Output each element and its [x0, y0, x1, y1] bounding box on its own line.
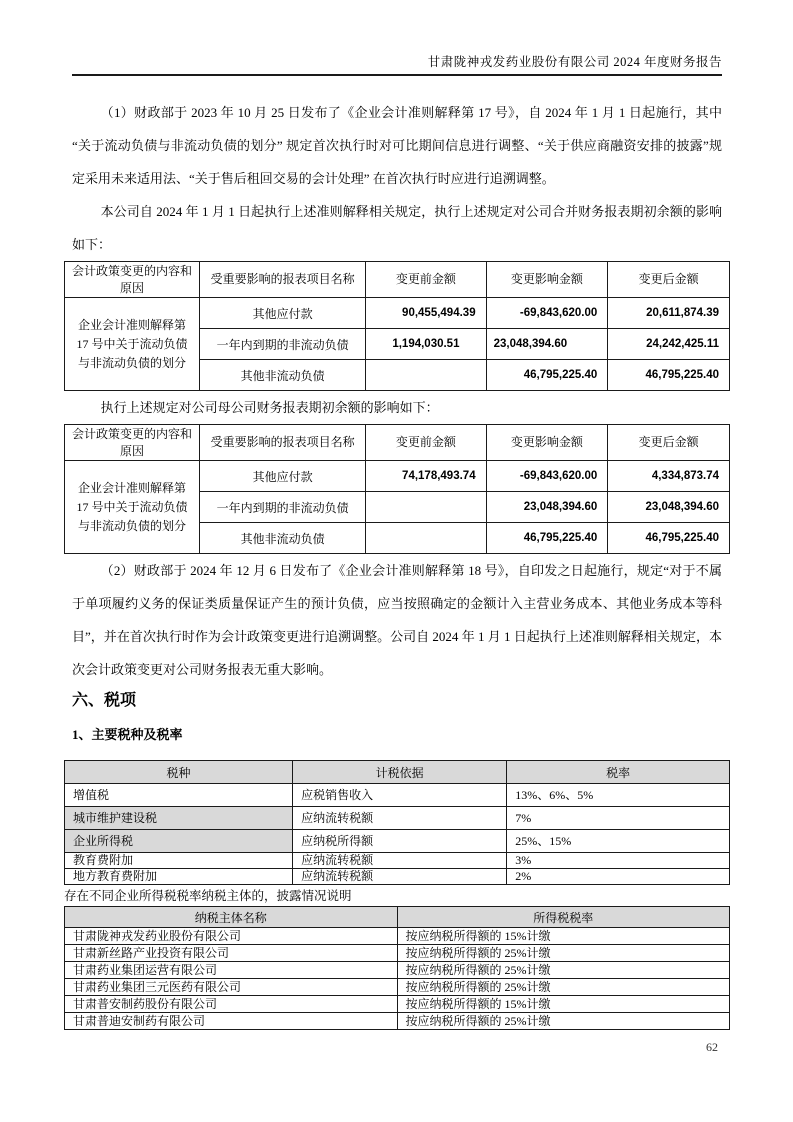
parent-impact-intro: 执行上述规定对公司母公司财务报表期初余额的影响如下： [72, 391, 722, 424]
col-header-change-reason: 会计政策变更的内容和原因 [65, 425, 200, 461]
cell-income-tax-rate: 按应纳税所得额的 25%计缴 [397, 1013, 730, 1030]
table-row: 企业会计准则解释第 17 号中关于流动负债与非流动负债的划分 其他应付款 74,… [65, 461, 730, 492]
page-content: 甘肃陇神戎发药业股份有限公司 2024 年度财务报告 （1）财政部于 2023 … [0, 0, 793, 1030]
cell-income-tax-rate: 按应纳税所得额的 15%计缴 [397, 996, 730, 1013]
cell-before-amount [366, 492, 486, 523]
cell-tax-type: 城市维护建设税 [65, 807, 293, 830]
table-header-row: 会计政策变更的内容和原因 受重要影响的报表项目名称 变更前金额 变更影响金额 变… [65, 262, 730, 298]
cell-item: 其他非流动负债 [199, 360, 365, 391]
table-row: 甘肃药业集团三元医药有限公司 按应纳税所得额的 25%计缴 [65, 979, 730, 996]
cell-change-reason: 企业会计准则解释第 17 号中关于流动负债与非流动负债的划分 [65, 461, 200, 554]
cell-taxpayer-name: 甘肃药业集团三元医药有限公司 [65, 979, 398, 996]
taxpayer-table-wrap: 纳税主体名称 所得税税率 甘肃陇神戎发药业股份有限公司 按应纳税所得额的 15%… [64, 906, 730, 1030]
col-header-before-amount: 变更前金额 [366, 425, 486, 461]
parent-impact-table-wrap: 会计政策变更的内容和原因 受重要影响的报表项目名称 变更前金额 变更影响金额 变… [64, 424, 730, 554]
col-header-tax-rate: 税率 [507, 761, 730, 784]
subsection-heading-main-tax-rates: 1、主要税种及税率 [72, 726, 722, 744]
cell-item: 其他应付款 [199, 461, 365, 492]
cell-taxpayer-name: 甘肃普安制药股份有限公司 [65, 996, 398, 1013]
col-header-before-amount: 变更前金额 [366, 262, 486, 298]
cell-income-tax-rate: 按应纳税所得额的 25%计缴 [397, 962, 730, 979]
report-page: 甘肃陇神戎发药业股份有限公司 2024 年度财务报告 （1）财政部于 2023 … [0, 0, 793, 1122]
cell-taxpayer-name: 甘肃新丝路产业投资有限公司 [65, 945, 398, 962]
cell-after-amount: 46,795,225.40 [608, 360, 730, 391]
col-header-after-amount: 变更后金额 [608, 262, 730, 298]
cell-tax-rate: 3% [507, 853, 730, 869]
cell-income-tax-rate: 按应纳税所得额的 25%计缴 [397, 945, 730, 962]
cell-before-amount [366, 360, 486, 391]
col-header-affected-item: 受重要影响的报表项目名称 [199, 262, 365, 298]
consolidated-impact-intro: 本公司自 2024 年 1 月 1 日起执行上述准则解释相关规定，执行上述规定对… [72, 195, 722, 261]
cell-taxpayer-name: 甘肃普迪安制药有限公司 [65, 1013, 398, 1030]
cell-tax-basis: 应纳流转税额 [293, 853, 507, 869]
cell-item: 一年内到期的非流动负债 [199, 329, 365, 360]
cell-income-tax-rate: 按应纳税所得额的 25%计缴 [397, 979, 730, 996]
table-row: 企业所得税 应纳税所得额 25%、15% [65, 830, 730, 853]
cell-impact-amount: -69,843,620.00 [486, 461, 608, 492]
cell-impact-amount: 23,048,394.60 [486, 329, 608, 360]
table-row: 甘肃新丝路产业投资有限公司 按应纳税所得额的 25%计缴 [65, 945, 730, 962]
cell-after-amount: 23,048,394.60 [608, 492, 730, 523]
cell-tax-basis: 应纳流转税额 [293, 869, 507, 885]
col-header-tax-basis: 计税依据 [293, 761, 507, 784]
table-row: 城市维护建设税 应纳流转税额 7% [65, 807, 730, 830]
cell-tax-type: 增值税 [65, 784, 293, 807]
cell-impact-amount: 46,795,225.40 [486, 523, 608, 554]
col-header-taxpayer-name: 纳税主体名称 [65, 907, 398, 928]
cell-income-tax-rate: 按应纳税所得额的 15%计缴 [397, 928, 730, 945]
consolidated-impact-table: 会计政策变更的内容和原因 受重要影响的报表项目名称 变更前金额 变更影响金额 变… [64, 261, 730, 391]
cell-before-amount: 1,194,030.51 [366, 329, 486, 360]
table-row: 甘肃普迪安制药有限公司 按应纳税所得额的 25%计缴 [65, 1013, 730, 1030]
col-header-tax-type: 税种 [65, 761, 293, 784]
col-header-change-reason: 会计政策变更的内容和原因 [65, 262, 200, 298]
cell-tax-basis: 应税销售收入 [293, 784, 507, 807]
running-header-title: 甘肃陇神戎发药业股份有限公司 2024 年度财务报告 [72, 54, 722, 76]
section-heading-taxes: 六、税项 [72, 690, 722, 712]
cell-tax-rate: 25%、15% [507, 830, 730, 853]
table-header-row: 税种 计税依据 税率 [65, 761, 730, 784]
cell-impact-amount: 46,795,225.40 [486, 360, 608, 391]
cell-before-amount: 90,455,494.39 [366, 298, 486, 329]
paragraph-policy-change-2: （2）财政部于 2024 年 12 月 6 日发布了《企业会计准则解释第 18 … [72, 554, 722, 686]
table-row: 企业会计准则解释第 17 号中关于流动负债与非流动负债的划分 其他应付款 90,… [65, 298, 730, 329]
cell-after-amount: 20,611,874.39 [608, 298, 730, 329]
col-header-impact-amount: 变更影响金额 [486, 262, 608, 298]
different-tax-rate-note: 存在不同企业所得税税率纳税主体的，披露情况说明 [64, 888, 730, 905]
cell-tax-type: 教育费附加 [65, 853, 293, 869]
table-row: 甘肃药业集团运营有限公司 按应纳税所得额的 25%计缴 [65, 962, 730, 979]
cell-tax-basis: 应纳流转税额 [293, 807, 507, 830]
cell-change-reason: 企业会计准则解释第 17 号中关于流动负债与非流动负债的划分 [65, 298, 200, 391]
cell-item: 其他应付款 [199, 298, 365, 329]
col-header-after-amount: 变更后金额 [608, 425, 730, 461]
table-header-row: 纳税主体名称 所得税税率 [65, 907, 730, 928]
cell-after-amount: 4,334,873.74 [608, 461, 730, 492]
cell-tax-rate: 2% [507, 869, 730, 885]
page-number: 62 [706, 1040, 718, 1055]
cell-impact-amount: -69,843,620.00 [486, 298, 608, 329]
cell-taxpayer-name: 甘肃陇神戎发药业股份有限公司 [65, 928, 398, 945]
parent-impact-table: 会计政策变更的内容和原因 受重要影响的报表项目名称 变更前金额 变更影响金额 变… [64, 424, 730, 554]
cell-impact-amount: 23,048,394.60 [486, 492, 608, 523]
cell-taxpayer-name: 甘肃药业集团运营有限公司 [65, 962, 398, 979]
col-header-income-tax-rate: 所得税税率 [397, 907, 730, 928]
paragraph-policy-change-1: （1）财政部于 2023 年 10 月 25 日发布了《企业会计准则解释第 17… [72, 96, 722, 195]
cell-tax-rate: 13%、6%、5% [507, 784, 730, 807]
tax-rate-table: 税种 计税依据 税率 增值税 应税销售收入 13%、6%、5% 城市维护建设税 … [64, 760, 730, 885]
table-row: 甘肃陇神戎发药业股份有限公司 按应纳税所得额的 15%计缴 [65, 928, 730, 945]
cell-item: 其他非流动负债 [199, 523, 365, 554]
col-header-affected-item: 受重要影响的报表项目名称 [199, 425, 365, 461]
taxpayer-table: 纳税主体名称 所得税税率 甘肃陇神戎发药业股份有限公司 按应纳税所得额的 15%… [64, 906, 730, 1030]
col-header-impact-amount: 变更影响金额 [486, 425, 608, 461]
cell-after-amount: 24,242,425.11 [608, 329, 730, 360]
table-row: 甘肃普安制药股份有限公司 按应纳税所得额的 15%计缴 [65, 996, 730, 1013]
cell-before-amount [366, 523, 486, 554]
consolidated-impact-table-wrap: 会计政策变更的内容和原因 受重要影响的报表项目名称 变更前金额 变更影响金额 变… [64, 261, 730, 391]
cell-after-amount: 46,795,225.40 [608, 523, 730, 554]
cell-tax-basis: 应纳税所得额 [293, 830, 507, 853]
table-header-row: 会计政策变更的内容和原因 受重要影响的报表项目名称 变更前金额 变更影响金额 变… [65, 425, 730, 461]
cell-before-amount: 74,178,493.74 [366, 461, 486, 492]
cell-item: 一年内到期的非流动负债 [199, 492, 365, 523]
cell-tax-type: 企业所得税 [65, 830, 293, 853]
cell-tax-type: 地方教育费附加 [65, 869, 293, 885]
table-row: 增值税 应税销售收入 13%、6%、5% [65, 784, 730, 807]
table-row: 教育费附加 应纳流转税额 3% [65, 853, 730, 869]
cell-tax-rate: 7% [507, 807, 730, 830]
tax-rate-table-wrap: 税种 计税依据 税率 增值税 应税销售收入 13%、6%、5% 城市维护建设税 … [64, 760, 730, 885]
table-row: 地方教育费附加 应纳流转税额 2% [65, 869, 730, 885]
